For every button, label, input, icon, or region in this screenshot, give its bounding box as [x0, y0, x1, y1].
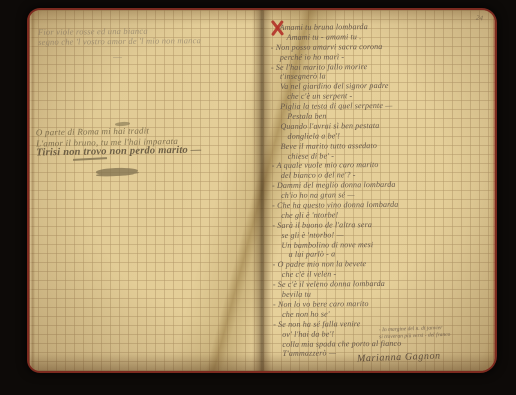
manuscript-line: - Se l'hai marito fallo morire	[271, 61, 486, 73]
manuscript-line: Va nel giardino del signor padre	[271, 80, 486, 92]
manuscript-line: Beve il marito tutto assedato	[272, 140, 487, 152]
manuscript-line: - Dammi del meglio donna lombarda	[272, 179, 487, 191]
left-page-edge	[29, 10, 35, 371]
manuscript-line: Amami tu bruna lombarda	[271, 21, 486, 33]
manuscript-line: che c'è un serpent -	[271, 90, 486, 102]
manuscript-line: perché io ho marì -	[271, 51, 486, 63]
manuscript-line: - Che ha questo vino donna lombarda	[272, 199, 487, 211]
manuscript-line: segno che 'l vostro amor de 'l mio non m…	[38, 35, 201, 47]
manuscript-line: - Se c'è il veleno donna lombarda	[273, 278, 488, 290]
manuscript-line: Quando l'avrai sì ben pestata	[271, 120, 486, 132]
signature: Marianna Gagnon	[357, 351, 441, 365]
right-page-edge	[489, 10, 495, 371]
scribbled-out-word	[96, 167, 138, 176]
pencil-blot	[115, 121, 130, 126]
margin-note: - In margine del n. di janviersi trovera…	[379, 325, 451, 340]
margin-note-line: - In margine del n. di janvier	[379, 325, 450, 334]
photo-vignette	[29, 10, 495, 371]
manuscript-line: Tirisi non trovo non perdo marito —	[36, 146, 201, 159]
manuscript-line: che c'è il velen -	[273, 268, 488, 280]
manuscript-line: - Sarà il buono de l'altra sera	[272, 219, 487, 231]
manuscript-line: Amami tu - amami tu .	[271, 31, 486, 43]
page-number: 24	[476, 14, 484, 23]
notebook: Fior viole rosse ed una biancasegno che …	[27, 8, 497, 373]
manuscript-line: - Se non ha sé falla venire	[273, 318, 488, 330]
photo-background: Fior viole rosse ed una biancasegno che …	[0, 0, 516, 395]
manuscript-line: - O padre mio non la bevete	[273, 258, 488, 270]
page-gutter-shadow	[252, 10, 272, 371]
right-page-ballad: Amami tu bruna lombardaAmami tu - amami …	[271, 21, 489, 359]
manuscript-line: - Non lo vo bere caro marito	[273, 298, 488, 310]
manuscript-line: chiese di be' -	[272, 150, 487, 162]
manuscript-line: T'ammazzerò —	[273, 347, 488, 359]
manuscript-line: - A quale vuole mio caro marito	[272, 160, 487, 172]
manuscript-line: Pestala ben	[271, 110, 486, 122]
manuscript-line: ch'io ho na gran sé —	[272, 189, 487, 201]
left-page-middle-verse: O parte di Roma mi hai traditL'amor il b…	[36, 125, 202, 159]
manuscript-line: bevila tu	[273, 288, 488, 300]
graph-paper-grid	[29, 10, 495, 371]
manuscript-line: del bianco o del ne'? -	[272, 169, 487, 181]
manuscript-line: colla mia spada che porto al fianco	[273, 338, 488, 350]
manuscript-line: che gli è 'ntorbe!	[272, 209, 487, 221]
red-x-mark	[270, 20, 285, 37]
notebook-pages: Fior viole rosse ed una biancasegno che …	[29, 10, 495, 371]
left-page-top-verse: Fior viole rosse ed una biancasegno che …	[38, 25, 201, 47]
manuscript-line: se gli è 'ntorbo! —	[272, 229, 487, 241]
manuscript-line: t'insegnerò la	[271, 71, 486, 83]
manuscript-line: che non ho se'	[273, 308, 488, 320]
manuscript-line: - Non posso amarvi sacra corona	[271, 41, 486, 53]
manuscript-line: Un bambolino di nove mesi	[272, 239, 487, 251]
strikethrough-mark	[73, 157, 107, 160]
manuscript-line: dongliela a be'!	[271, 130, 486, 142]
manuscript-line: L'amor il bruno, tu me l'hai imparata	[36, 135, 201, 148]
manuscript-line: a lui parlò - a	[273, 249, 488, 261]
manuscript-line: O parte di Roma mi hai tradit	[36, 125, 201, 138]
left-page-dash: —	[113, 52, 122, 63]
manuscript-line: ov' l'hai da be'!	[273, 328, 488, 340]
manuscript-line: Fior viole rosse ed una bianca	[38, 25, 201, 37]
manuscript-line: Piglia la testa di quel serpente —	[271, 100, 486, 112]
margin-note-line: si troveran più versi - del franco	[379, 331, 450, 340]
